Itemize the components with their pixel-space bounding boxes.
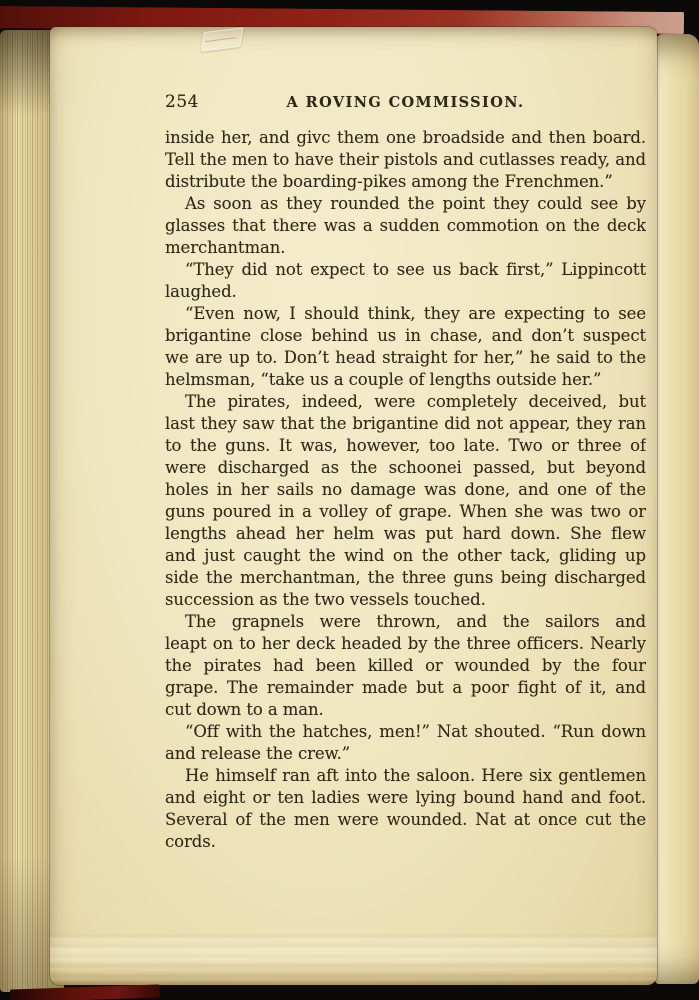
text-line: and eight or ten ladies were lying bound…: [165, 787, 646, 809]
page-content: 254 A ROVING COMMISSION. inside her, and…: [165, 92, 646, 853]
page-header: 254 A ROVING COMMISSION.: [165, 92, 646, 112]
text-line: and release the crew.”: [165, 743, 646, 765]
text-line: and just caught the wind on the other ta…: [165, 545, 646, 567]
page-text: inside her, and givc them one broadside …: [165, 127, 646, 853]
page-number: 254: [165, 92, 199, 112]
bottom-page-edges: [50, 933, 657, 985]
text-line: cut down to a man.: [165, 699, 646, 721]
text-line: He himself ran aft into the saloon. Here…: [165, 765, 646, 787]
text-line: holes in her sails no damage was done, a…: [165, 479, 646, 501]
running-header: A ROVING COMMISSION.: [165, 92, 646, 111]
text-line: brigantine close behind us in chase, and…: [165, 325, 646, 347]
text-line: Tell the men to have their pistols and c…: [165, 149, 646, 171]
text-line: merchantman.: [165, 237, 646, 259]
text-line: grape. The remainder made but a poor fig…: [165, 677, 646, 699]
book-scan: 254 A ROVING COMMISSION. inside her, and…: [0, 0, 699, 1000]
text-line: succession as the two vessels touched.: [165, 589, 646, 611]
text-line: lengths ahead her helm was put hard down…: [165, 523, 646, 545]
book-page: 254 A ROVING COMMISSION. inside her, and…: [50, 27, 657, 985]
text-line: the pirates had been killed or wounded b…: [165, 655, 646, 677]
text-line: we are up to. Don’t head straight for he…: [165, 347, 646, 369]
text-line: Several of the men were wounded. Nat at …: [165, 809, 646, 831]
text-line: helmsman, “take us a couple of lengths o…: [165, 369, 646, 391]
text-line: The grapnels were thrown, and the sailor…: [165, 611, 646, 633]
text-line: to the guns. It was, however, too late. …: [165, 435, 646, 457]
text-line: laughed.: [165, 281, 646, 303]
text-line: distribute the boarding-pikes among the …: [165, 171, 646, 193]
text-line: glasses that there was a sudden commotio…: [165, 215, 646, 237]
text-line: inside her, and givc them one broadside …: [165, 127, 646, 149]
text-line: As soon as they rounded the point they c…: [165, 193, 646, 215]
text-line: The pirates, indeed, were completely dec…: [165, 391, 646, 413]
text-line: last they saw that the brigantine did no…: [165, 413, 646, 435]
right-page-block-edge: [655, 34, 699, 984]
text-line: were discharged as the schoonei passed, …: [165, 457, 646, 479]
text-line: side the merchantman, the three guns bei…: [165, 567, 646, 589]
text-line: cords.: [165, 831, 646, 853]
text-line: “Even now, I should think, they are expe…: [165, 303, 646, 325]
text-line: “They did not expect to see us back firs…: [165, 259, 646, 281]
text-line: guns poured in a volley of grape. When s…: [165, 501, 646, 523]
text-line: “Off with the hatches, men!” Nat shouted…: [165, 721, 646, 743]
text-line: leapt on to her deck headed by the three…: [165, 633, 646, 655]
